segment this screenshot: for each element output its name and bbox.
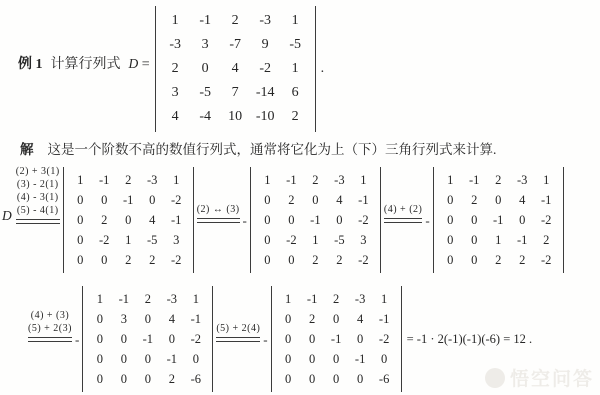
equality-rule [16, 219, 60, 224]
matrix-cell: 0 [326, 309, 347, 329]
row-ops-bottom: (4) + (3) (5) + 2(3) [28, 309, 72, 342]
matrix-cell: -1 [281, 170, 302, 190]
matrix-cell: 0 [118, 210, 139, 230]
determinant-initial: 1-12-31-33-79-5204-213-57-1464-410-102 [155, 6, 316, 132]
matrix-cell: 1 [166, 170, 187, 190]
matrix-cell: 0 [137, 349, 158, 369]
matrix-cell: 0 [70, 250, 91, 270]
matrix-cell: 0 [137, 309, 158, 329]
det-bar-right [193, 167, 194, 273]
matrix-cell: -5 [329, 230, 350, 250]
matrix-cell: 0 [137, 369, 158, 389]
row-op-swap: (2) ↔ (3) [197, 203, 240, 223]
matrix-grid: 1-12-310204-100-10-2000-100000-6 [272, 286, 401, 392]
matrix-cell: -5 [192, 81, 219, 105]
matrix-grid: 1-12-310204-100-10-2001-120022-2 [434, 167, 563, 273]
matrix-cell: 0 [329, 210, 350, 230]
matrix-cell: -1 [192, 9, 219, 33]
solution-label: 解 [20, 142, 34, 157]
matrix-cell: 10 [222, 105, 249, 129]
det-bar-right [315, 6, 316, 132]
document-page: 例 1 计算行列式 D = 1-12-31-33-79-5204-213-57-… [0, 0, 600, 395]
row-op: (5) + 2(4) [216, 322, 260, 335]
matrix-cell: 3 [353, 230, 374, 250]
matrix-grid: 1-12-3100-10-20204-10-21-530022-2 [64, 167, 193, 273]
matrix-cell: 1 [536, 170, 557, 190]
determinant-step-2: 1-12-310204-100-10-20-21-530022-2 [250, 167, 381, 273]
matrix-cell: -2 [94, 230, 115, 250]
example-row: 例 1 计算行列式 D = 1-12-31-33-79-5204-213-57-… [18, 6, 600, 132]
matrix-cell: -1 [118, 190, 139, 210]
matrix-cell: 0 [278, 329, 299, 349]
matrix-cell: 2 [118, 170, 139, 190]
equality-rule [197, 218, 240, 223]
matrix-cell: 1 [305, 230, 326, 250]
row-op: (3) - 2(1) [17, 178, 59, 191]
equality-rule [28, 337, 72, 342]
matrix-cell: 0 [70, 230, 91, 250]
determinant-step-1: 1-12-3100-10-20204-10-21-530022-2 [63, 167, 194, 273]
solution-text: 这是一个阶数不高的数值行列式，通常将它化为上（下）三角行列式来计算. [48, 142, 497, 157]
matrix-cell: 0 [302, 369, 323, 389]
matrix-cell: -1 [113, 289, 134, 309]
matrix-cell: -2 [353, 250, 374, 270]
row-op-add-2: (5) + 2(4) [216, 322, 260, 342]
matrix-cell: 2 [281, 190, 302, 210]
minus-sign: - [75, 333, 79, 346]
matrix-cell: 0 [257, 230, 278, 250]
matrix-cell: -4 [192, 105, 219, 129]
matrix-cell: 3 [192, 33, 219, 57]
matrix-cell: 1 [488, 230, 509, 250]
determinant-step-3: 1-12-310204-100-10-2001-120022-2 [433, 167, 564, 273]
matrix-cell: 0 [192, 57, 219, 81]
matrix-cell: -2 [536, 210, 557, 230]
final-result: = -1 · 2(-1)(-1)(-6) = 12 . [407, 332, 533, 347]
matrix-cell: -2 [252, 57, 279, 81]
matrix-grid: 1-12-31-33-79-5204-213-57-1464-410-102 [156, 6, 315, 132]
matrix-cell: 0 [113, 349, 134, 369]
matrix-cell: 0 [257, 250, 278, 270]
matrix-cell: 2 [162, 57, 189, 81]
minus-sign: - [263, 333, 267, 346]
matrix-cell: 2 [94, 210, 115, 230]
matrix-cell: 0 [350, 369, 371, 389]
matrix-cell: 1 [185, 289, 206, 309]
watermark-text: 悟空问答 [510, 364, 594, 391]
row-ops-initial: (2) + 3(1) (3) - 2(1) (4) - 3(1) (5) - 4… [16, 165, 60, 224]
matrix-cell: -2 [166, 250, 187, 270]
matrix-cell: 2 [326, 289, 347, 309]
matrix-cell: 0 [281, 210, 302, 230]
example-intro: 例 1 计算行列式 D = [18, 53, 150, 73]
matrix-cell: 0 [464, 250, 485, 270]
matrix-cell: 0 [305, 190, 326, 210]
watermark: 悟空问答 [485, 364, 594, 391]
matrix-cell: 1 [118, 230, 139, 250]
matrix-grid: 1-12-310204-100-10-20-21-530022-2 [251, 167, 380, 273]
matrix-cell: 0 [326, 349, 347, 369]
matrix-cell: 1 [162, 9, 189, 33]
matrix-cell: 0 [350, 329, 371, 349]
matrix-cell: 2 [464, 190, 485, 210]
matrix-cell: 0 [464, 210, 485, 230]
matrix-cell: 1 [278, 289, 299, 309]
matrix-cell: 7 [222, 81, 249, 105]
matrix-cell: -2 [353, 210, 374, 230]
matrix-cell: 2 [137, 289, 158, 309]
determinant-step-5: 1-12-310204-100-10-2000-100000-6 [271, 286, 402, 392]
matrix-cell: -7 [222, 33, 249, 57]
matrix-cell: -1 [305, 210, 326, 230]
det-bar-right [401, 286, 402, 392]
minus-sign: - [243, 214, 247, 227]
matrix-cell: 0 [70, 190, 91, 210]
matrix-cell: 2 [302, 309, 323, 329]
matrix-cell: 1 [282, 57, 309, 81]
matrix-cell: -3 [350, 289, 371, 309]
matrix-cell: 1 [440, 170, 461, 190]
matrix-cell: 0 [326, 369, 347, 389]
matrix-cell: -3 [329, 170, 350, 190]
row-op: (2) + 3(1) [16, 165, 60, 178]
matrix-cell: 1 [282, 9, 309, 33]
matrix-cell: 1 [353, 170, 374, 190]
matrix-cell: -3 [252, 9, 279, 33]
matrix-cell: 0 [374, 349, 395, 369]
matrix-cell: -1 [161, 349, 182, 369]
matrix-cell: 2 [329, 250, 350, 270]
minus-sign: - [425, 214, 429, 227]
matrix-cell: 3 [113, 309, 134, 329]
matrix-cell: 0 [440, 250, 461, 270]
matrix-cell: 9 [252, 33, 279, 57]
matrix-cell: 0 [89, 329, 110, 349]
sentence-period: . [321, 61, 325, 77]
matrix-cell: 0 [70, 210, 91, 230]
matrix-cell: -2 [166, 190, 187, 210]
matrix-cell: -1 [185, 309, 206, 329]
matrix-cell: 0 [113, 329, 134, 349]
matrix-cell: 0 [142, 190, 163, 210]
matrix-cell: 0 [89, 349, 110, 369]
matrix-cell: 4 [162, 105, 189, 129]
matrix-cell: 0 [161, 329, 182, 349]
matrix-cell: 2 [282, 105, 309, 129]
matrix-cell: 0 [302, 349, 323, 369]
matrix-cell: 0 [94, 190, 115, 210]
d-variable: D [2, 208, 12, 224]
matrix-cell: 0 [89, 309, 110, 329]
matrix-cell: 4 [350, 309, 371, 329]
matrix-cell: -1 [512, 230, 533, 250]
matrix-cell: 0 [185, 349, 206, 369]
matrix-cell: 0 [281, 250, 302, 270]
matrix-cell: -1 [536, 190, 557, 210]
matrix-cell: 0 [302, 329, 323, 349]
matrix-cell: 0 [257, 210, 278, 230]
matrix-cell: 0 [94, 250, 115, 270]
row-op: (2) ↔ (3) [197, 203, 240, 216]
matrix-cell: -1 [464, 170, 485, 190]
matrix-cell: -5 [282, 33, 309, 57]
det-bar-right [212, 286, 213, 392]
matrix-cell: -3 [142, 170, 163, 190]
matrix-cell: -1 [137, 329, 158, 349]
matrix-cell: -1 [353, 190, 374, 210]
matrix-grid: 1-12-310304-100-10-2000-100002-6 [83, 286, 212, 392]
matrix-cell: 4 [329, 190, 350, 210]
determinant-step-4: 1-12-310304-100-10-2000-100002-6 [82, 286, 213, 392]
matrix-cell: 0 [440, 210, 461, 230]
matrix-cell: 0 [278, 369, 299, 389]
matrix-cell: 2 [118, 250, 139, 270]
matrix-cell: 2 [305, 170, 326, 190]
matrix-cell: -1 [166, 210, 187, 230]
wukong-logo-icon [485, 368, 505, 388]
matrix-cell: 1 [257, 170, 278, 190]
matrix-cell: -2 [374, 329, 395, 349]
matrix-cell: -2 [185, 329, 206, 349]
matrix-cell: 4 [161, 309, 182, 329]
det-bar-right [563, 167, 564, 273]
matrix-cell: 1 [374, 289, 395, 309]
matrix-cell: 0 [464, 230, 485, 250]
matrix-cell: 2 [142, 250, 163, 270]
row-op-add-1: (4) + (2) [384, 203, 422, 223]
matrix-cell: 3 [162, 81, 189, 105]
matrix-cell: 0 [257, 190, 278, 210]
matrix-cell: -5 [142, 230, 163, 250]
matrix-cell: 2 [305, 250, 326, 270]
matrix-cell: 4 [512, 190, 533, 210]
matrix-cell: 4 [222, 57, 249, 81]
matrix-cell: 1 [70, 170, 91, 190]
matrix-cell: 4 [142, 210, 163, 230]
matrix-cell: 2 [512, 250, 533, 270]
matrix-cell: -2 [536, 250, 557, 270]
example-prompt: 计算行列式 [51, 53, 121, 73]
matrix-cell: -6 [374, 369, 395, 389]
matrix-cell: -1 [326, 329, 347, 349]
matrix-cell: 0 [488, 190, 509, 210]
matrix-cell: 6 [282, 81, 309, 105]
matrix-cell: -1 [94, 170, 115, 190]
matrix-cell: -3 [161, 289, 182, 309]
matrix-cell: -2 [281, 230, 302, 250]
matrix-cell: -1 [488, 210, 509, 230]
matrix-cell: -1 [350, 349, 371, 369]
row-op: (5) - 4(1) [17, 204, 59, 217]
example-label: 例 1 [18, 53, 43, 73]
matrix-cell: 1 [89, 289, 110, 309]
equality-rule [384, 218, 422, 223]
matrix-cell: 0 [440, 230, 461, 250]
determinant-symbol: D = [129, 56, 150, 73]
matrix-cell: 2 [536, 230, 557, 250]
matrix-cell: 0 [278, 349, 299, 369]
matrix-cell: 0 [278, 309, 299, 329]
matrix-cell: 3 [166, 230, 187, 250]
row-op: (4) + (3) [31, 309, 69, 322]
matrix-cell: 2 [488, 170, 509, 190]
row-op: (5) + 2(3) [28, 322, 72, 335]
matrix-cell: -3 [162, 33, 189, 57]
matrix-cell: 0 [89, 369, 110, 389]
row-op: (4) - 3(1) [17, 191, 59, 204]
solution-line: 解这是一个阶数不高的数值行列式，通常将它化为上（下）三角行列式来计算. [20, 138, 600, 158]
matrix-cell: 0 [440, 190, 461, 210]
matrix-cell: -10 [252, 105, 279, 129]
det-bar-right [380, 167, 381, 273]
transform-row-1: D (2) + 3(1) (3) - 2(1) (4) - 3(1) (5) -… [2, 167, 600, 273]
matrix-cell: 2 [161, 369, 182, 389]
matrix-cell: -14 [252, 81, 279, 105]
matrix-cell: 2 [222, 9, 249, 33]
matrix-cell: -1 [374, 309, 395, 329]
equality-rule [216, 337, 260, 342]
matrix-cell: 2 [488, 250, 509, 270]
matrix-cell: -3 [512, 170, 533, 190]
matrix-cell: 0 [113, 369, 134, 389]
matrix-cell: 0 [512, 210, 533, 230]
row-op: (4) + (2) [384, 203, 422, 216]
matrix-cell: -1 [302, 289, 323, 309]
matrix-cell: -6 [185, 369, 206, 389]
